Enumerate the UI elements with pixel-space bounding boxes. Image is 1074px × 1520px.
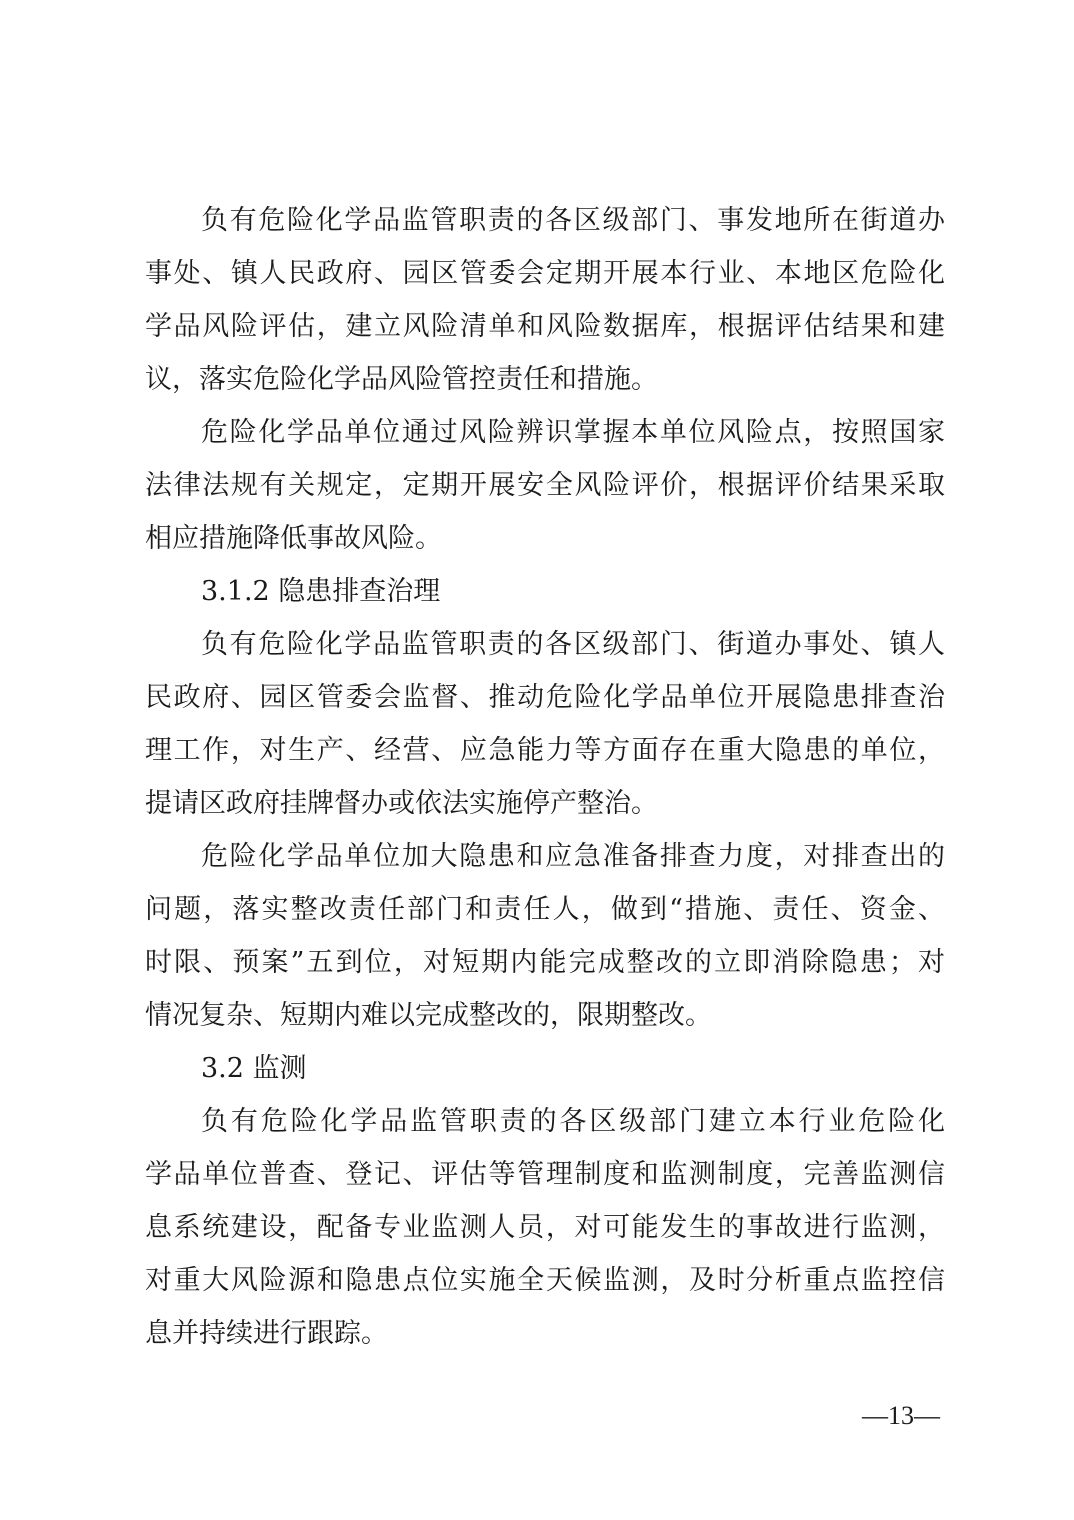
paragraph-1-line-1: 负有危险化学品监管职责的各区级部门、事发地所在街道办: [201, 205, 945, 237]
paragraph-2-line-1: 危险化学品单位通过风险辨识掌握本单位风险点，按照国家: [201, 417, 945, 449]
paragraph-4-line-1: 危险化学品单位加大隐患和应急准备排查力度，对排查出的: [201, 841, 945, 873]
document-page: 负有危险化学品监管职责的各区级部门、事发地所在街道办 事处、镇人民政府、园区管委…: [0, 0, 1074, 1520]
paragraph-5-line-4: 对重大风险源和隐患点位实施全天候监测，及时分析重点监控信: [145, 1265, 945, 1297]
paragraph-5-line-5: 息并持续进行跟踪。: [145, 1318, 945, 1350]
paragraph-1-line-2: 事处、镇人民政府、园区管委会定期开展本行业、本地区危险化: [145, 258, 945, 290]
paragraph-1-line-4: 议，落实危险化学品风险管控责任和措施。: [145, 364, 945, 396]
paragraph-3-line-2: 民政府、园区管委会监督、推动危险化学品单位开展隐患排查治: [145, 682, 945, 714]
paragraph-5-line-2: 学品单位普查、登记、评估等管理制度和监测制度，完善监测信: [145, 1159, 945, 1191]
paragraph-3-line-1: 负有危险化学品监管职责的各区级部门、街道办事处、镇人: [201, 629, 945, 661]
paragraph-2-line-2: 法律法规有关规定，定期开展安全风险评价，根据评价结果采取: [145, 470, 945, 502]
paragraph-5-line-3: 息系统建设，配备专业监测人员，对可能发生的事故进行监测，: [145, 1212, 945, 1244]
paragraph-3-line-4: 提请区政府挂牌督办或依法实施停产整治。: [145, 788, 945, 820]
paragraph-3-line-3: 理工作，对生产、经营、应急能力等方面存在重大隐患的单位，: [145, 735, 945, 767]
paragraph-4-line-3: 时限、预案”五到位，对短期内能完成整改的立即消除隐患；对: [145, 947, 945, 979]
paragraph-2-line-3: 相应措施降低事故风险。: [145, 523, 945, 555]
paragraph-1-line-3: 学品风险评估，建立风险清单和风险数据库，根据评估结果和建: [145, 311, 945, 343]
section-heading-3-2: 3.2 监测: [201, 1053, 307, 1085]
page-number: —13—: [862, 1400, 940, 1432]
paragraph-4-line-2: 问题，落实整改责任部门和责任人，做到“措施、责任、资金、: [145, 894, 945, 926]
paragraph-4-line-4: 情况复杂、短期内难以完成整改的，限期整改。: [145, 1000, 945, 1032]
section-heading-3-1-2: 3.1.2 隐患排查治理: [201, 576, 440, 608]
paragraph-5-line-1: 负有危险化学品监管职责的各区级部门建立本行业危险化: [201, 1106, 945, 1138]
